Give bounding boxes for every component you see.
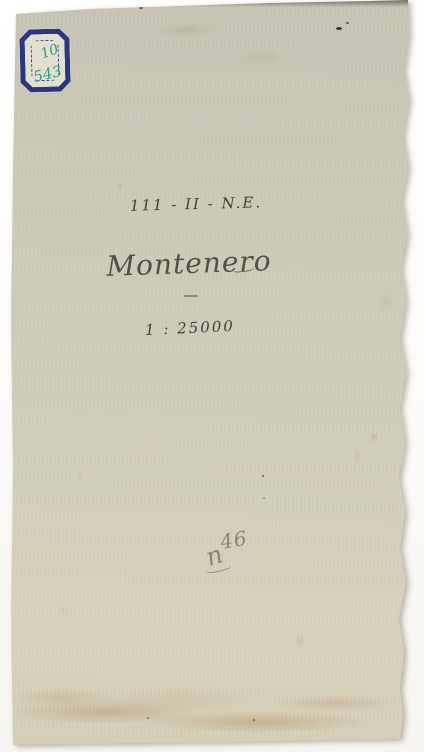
archive-label-frame: 10 543 — [19, 28, 71, 92]
paper-speck — [139, 6, 143, 9]
archive-label-number-bottom: 543 — [32, 64, 63, 85]
sheet-reference: 111 - II - N.E. — [0, 191, 408, 217]
archive-label: 10 543 — [18, 27, 72, 93]
paper-speck — [253, 719, 255, 721]
archive-label-inner: 10 543 — [24, 33, 65, 87]
map-title: Montenero — [0, 243, 401, 286]
paper-speck — [262, 475, 264, 477]
map-scale: 1 : 25000 — [0, 312, 402, 345]
paper-speck — [263, 497, 265, 499]
map-cover-paper: 10 543 111 - II - N.E. Montenero — 1 : 2… — [0, 0, 424, 752]
paper-speck — [336, 27, 342, 30]
separator-dash: — — [0, 288, 403, 303]
paper-speck — [346, 22, 349, 24]
photo-backdrop: 10 543 111 - II - N.E. Montenero — 1 : 2… — [0, 0, 424, 752]
paper-speck — [147, 717, 149, 719]
paper-shadow: 10 543 111 - II - N.E. Montenero — 1 : 2… — [0, 0, 424, 752]
pencil-note-number: 46 — [219, 528, 249, 552]
